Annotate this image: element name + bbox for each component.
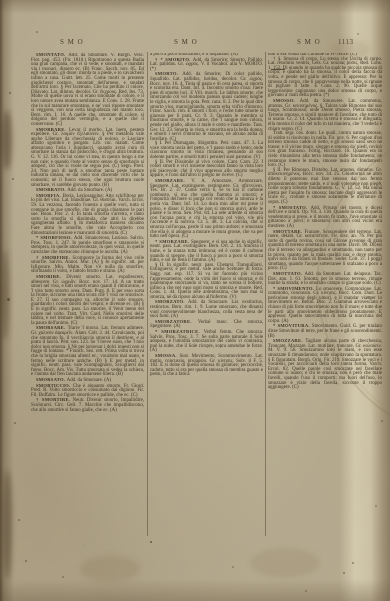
running-head-center: S M O [174, 38, 198, 46]
dictionary-entry: * SMOVIMENTO. Lo smuovere, Commozione. L… [268, 287, 382, 325]
dictionary-entry: * SMORZARE. Spegnere; e si usa anche in … [150, 240, 263, 264]
entry-headword: SMORTO. [155, 71, 182, 76]
entry-headword: SMOSSA. [155, 353, 179, 358]
column-1: SMONTATO. Add. da Smontare. V. Borgh. Ve… [31, 53, 144, 535]
age-blot [1, 250, 9, 340]
foxing-speck [14, 422, 16, 424]
entry-headword: SMORBATO. [36, 187, 67, 192]
dictionary-entry: SMORSARE. Trarre 'l morso. Lat. frenum a… [31, 326, 144, 378]
foxing-speck [150, 541, 152, 543]
dictionary-entry: SMORIRE. Divenir smorto. Lat. expallesce… [31, 275, 144, 327]
foxing-speck [18, 519, 20, 521]
entry-headword: * SMOVIMENTO. [273, 286, 316, 291]
dictionary-entry: § II. In signific. neutr. pass. Chetarsi… [150, 264, 263, 301]
foxing-speck [25, 560, 27, 562]
entry-headword: SMOSSO. [273, 98, 300, 103]
entry-headword: SMORSATO. [36, 377, 67, 382]
foxing-speck [305, 590, 307, 592]
age-blot [250, 548, 320, 578]
running-head-right: S M O [297, 38, 321, 46]
foxing-speck [9, 92, 11, 94]
entry-headword: † * SMORITO. [155, 57, 193, 62]
dictionary-entry: Tratt. segr. cos. donn. Le quali, contra… [268, 132, 382, 169]
dictionary-entry: SMORTICCIO. Che è alquanto smorto. Fr. G… [31, 384, 144, 399]
dictionary-entry: * SMORZATRICE. Verbal femm. Che smorza. … [150, 330, 263, 354]
entry-headword: SMOTTATO. [273, 271, 304, 276]
entry-headword: SMORZARE. [155, 178, 191, 183]
foxing-speck [7, 298, 10, 301]
scanned-dictionary-page: S M O S M O S M O 1113 SMONTATO. Add. da… [0, 0, 390, 601]
running-head-left: S M O [60, 38, 84, 46]
foxing-speck [232, 566, 234, 568]
foxing-speck [352, 562, 354, 564]
dictionary-entry: † * SMORITO. Add. da Smorire; Smorto, Pa… [150, 58, 263, 73]
dictionary-entry: SMOZZARE. Tagliare alcuna parte di checc… [268, 339, 382, 391]
entry-headword: SMOZZARE. [273, 338, 305, 343]
entry-headword: * SMORZATRICE. [155, 329, 204, 334]
entry-headword: SMORTICCIO. [36, 383, 73, 388]
dictionary-entry: † SMORFIRE. Scomporre la forma del viso … [31, 256, 144, 275]
dictionary-entry: § II. Per Dissimile al vivo colore. Cant… [150, 161, 263, 179]
foxing-speck [343, 572, 345, 574]
entry-headword: SMONTATO. [36, 53, 68, 57]
age-blot [3, 470, 12, 580]
dictionary-entry: * SMOSTATO. Add. Privato del mosto; e di… [268, 206, 382, 230]
dictionary-entry: SMORBARE. Levar il morbo. Lat. luem, pes… [31, 128, 144, 189]
foxing-speck [357, 33, 359, 35]
entry-headword: * SMORFIOSO. [36, 235, 74, 240]
foxing-speck [62, 576, 64, 578]
dictionary-entry: SMORZATO. Add. da Smorzare. Lat. exstinc… [150, 300, 263, 319]
dictionary-entry: SMOTTATO. Add. da Smottare. Lat. delapsu… [268, 272, 382, 287]
entry-headword: † SMORTIRE. [36, 397, 73, 402]
foxing-speck [36, 31, 38, 33]
entry-headword: SMORIRE. [36, 274, 66, 279]
entry-headword: SMOTTARE. [273, 229, 305, 234]
dictionary-entry: § I. Per Dismagato, Sbigottito. Petr. ca… [150, 142, 263, 160]
entry-headword: † SMORFIRE. [36, 255, 73, 260]
dictionary-entry: † SMORTIRE. Neutr. Divenir smorto, Impal… [31, 398, 144, 413]
page-number: 1113 [338, 38, 353, 46]
dictionary-entry: SMOSSA. Sust. Movimento, Scommovimento. … [150, 354, 263, 378]
entry-headword: SMORSARE. [36, 325, 68, 330]
column-divider-right [265, 52, 266, 536]
dictionary-entry: SMONTATO. Add. da Smontare. V. Borgh. Ve… [31, 53, 144, 128]
age-blot [80, 556, 140, 582]
foxing-speck [12, 178, 14, 180]
entry-headword: * SMOSTATO. [273, 205, 311, 210]
dictionary-entry: SMOTTARE. Franare, Scoscendere del terre… [268, 230, 382, 272]
entry-headword: SMORZATO. [155, 299, 188, 304]
dictionary-entry: SMORTO. Add. da Smorire; Di color pallid… [150, 72, 263, 142]
column-2: a poco a poco smorzando, e il disparano.… [150, 53, 263, 540]
entry-headword: * SMOVITURA. [273, 323, 312, 328]
column-divider-left [147, 52, 148, 536]
entry-headword: SMORFIA. [36, 193, 63, 198]
dictionary-entry: * SMORFIOSO. Add. Smanceroso, Lezioso. S… [31, 236, 144, 255]
entry-headword: SMORBARE. [36, 127, 69, 132]
entry-headword: * SMORZARE. [155, 239, 191, 244]
dictionary-entry: SMORZARE. V. A. Amorzare, Ammorzare, Spe… [150, 179, 263, 240]
age-blot [2, 110, 12, 170]
foxing-speck [84, 545, 85, 546]
column-3: non li era voluti dal Comune di Fi- renz… [268, 53, 382, 530]
dictionary-entry: SMOSSO. Add. da Smuovere. Lat. commotus,… [268, 99, 382, 132]
dictionary-entry: § II. Per Rimosso, Distolto. Lat. amotus… [268, 169, 382, 206]
entry-headword: SMORZATORE. [155, 319, 198, 324]
dictionary-entry: † §. Smossa di corpo, Lo stesso che Usci… [268, 58, 382, 99]
dictionary-entry: * SMOVITURA. Smovimento. Guid. G. per tr… [268, 324, 382, 339]
dictionary-entry: SMORFIA. Boria, Leziosaggine; Atto schif… [31, 194, 144, 236]
